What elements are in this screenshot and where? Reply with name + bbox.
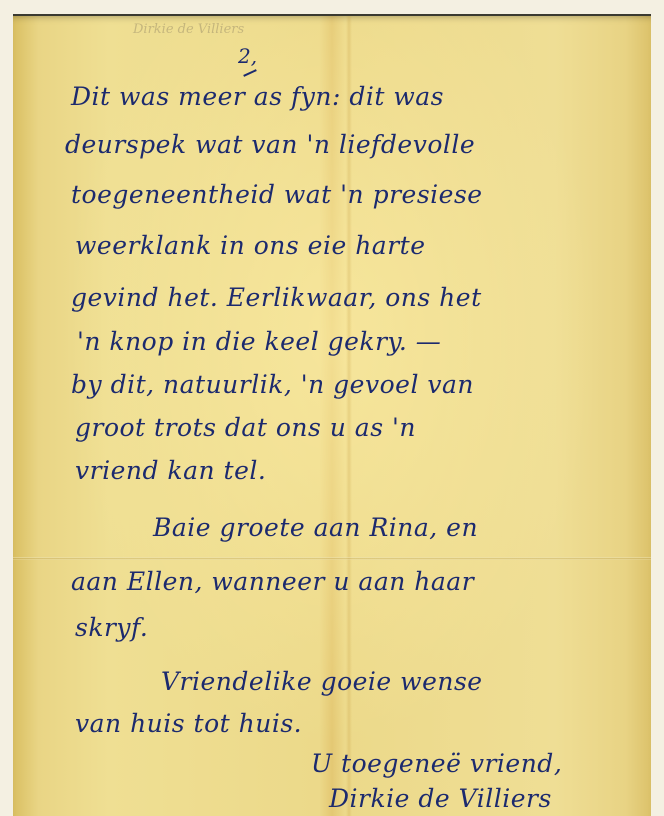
letter-line-6: 'n knop in die keel gekry. — — [77, 327, 441, 356]
letter-line-4: weerklank in ons eie harte — [75, 231, 426, 260]
page-number: 2, — [238, 44, 257, 68]
letter-line-13: Vriendelike goeie wense — [161, 667, 483, 696]
horizontal-fold-crease — [13, 557, 651, 560]
letter-line-2: deurspek wat van 'n liefdevolle — [65, 130, 475, 159]
letter-line-1: Dit was meer as fyn: dit was — [71, 82, 444, 111]
letter-line-7: by dit, natuurlik, 'n gevoel van — [71, 370, 474, 399]
letter-line-12: skryf. — [75, 613, 148, 642]
letter-line-11: aan Ellen, wanneer u aan haar — [71, 567, 474, 596]
letter-line-8: groot trots dat ons u as 'n — [75, 413, 416, 442]
letter-line-14: van huis tot huis. — [75, 709, 302, 738]
letter-closing: U toegeneë vriend, — [311, 749, 562, 778]
letter-line-9: vriend kan tel. — [75, 456, 266, 485]
letter-line-5: gevind het. Eerlikwaar, ons het — [71, 283, 482, 312]
faint-pencil-note: Dirkie de Villiers — [133, 22, 244, 37]
letter-line-3: toegeneentheid wat 'n presiese — [71, 180, 483, 209]
letter-line-10: Baie groete aan Rina, en — [153, 513, 478, 542]
letter-signature: Dirkie de Villiers — [329, 784, 552, 800]
page-number-underline — [243, 69, 257, 77]
letter-page: Dirkie de Villiers 2, Dit was meer as fy… — [13, 14, 651, 800]
